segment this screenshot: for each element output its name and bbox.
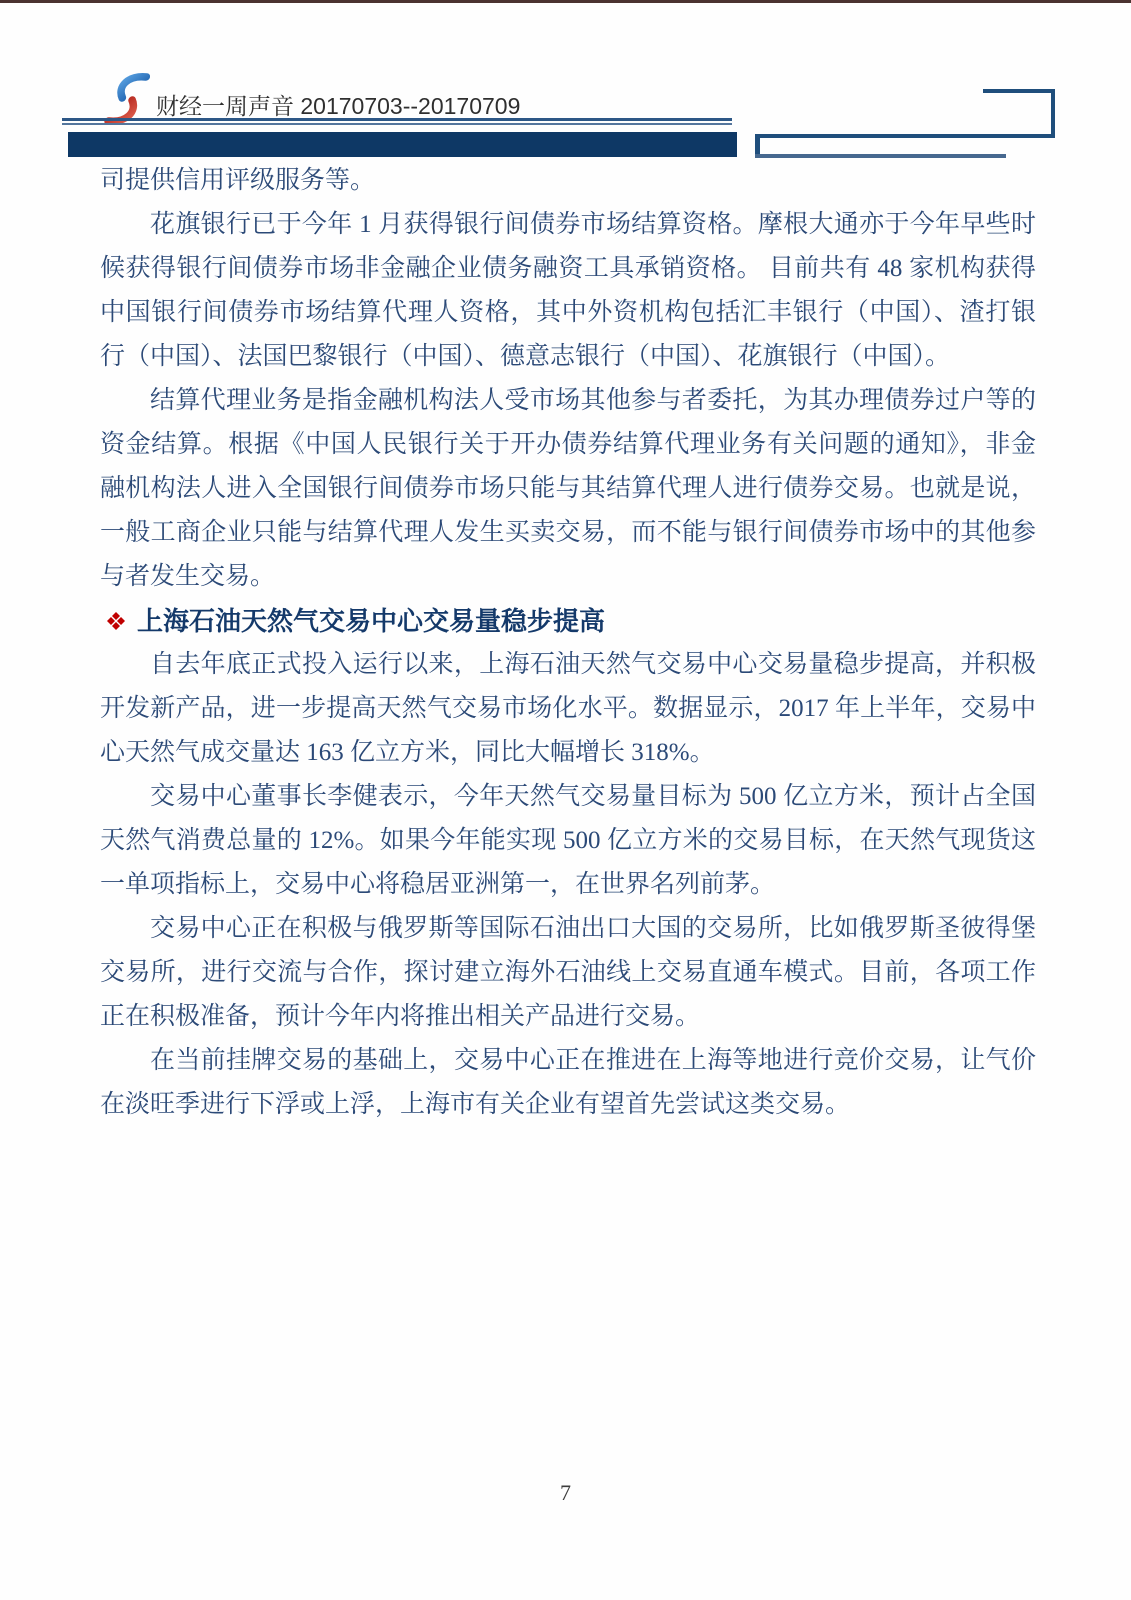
paragraph: 交易中心董事长李健表示，今年天然气交易量目标为 500 亿立方米，预计占全国天然… [100, 775, 1036, 907]
header-navy-bar [68, 132, 737, 157]
paragraph: 司提供信用评级服务等。 [100, 159, 1036, 203]
paragraph: 交易中心正在积极与俄罗斯等国际石油出口大国的交易所，比如俄罗斯圣彼得堡交易所，进… [100, 907, 1036, 1039]
page-number: 7 [560, 1480, 571, 1505]
paragraph: 花旗银行已于今年 1 月获得银行间债券市场结算资格。摩根大通亦于今年早些时候获得… [100, 203, 1036, 379]
header-deco-line-mid [755, 134, 1055, 138]
section-heading: 上海石油天然气交易中心交易量稳步提高 [100, 599, 1036, 643]
page-top-border [0, 0, 1131, 3]
header-deco-bracket-top [983, 89, 1055, 93]
paragraph: 自去年底正式投入运行以来，上海石油天然气交易中心交易量稳步提高，并积极开发新产品… [100, 643, 1036, 775]
header-rule-top [62, 118, 732, 121]
header-deco-line-bottom [755, 154, 1006, 158]
section-heading-text: 上海石油天然气交易中心交易量稳步提高 [137, 606, 605, 636]
header-rule-bottom [62, 123, 732, 125]
header-deco-bracket-right [1051, 89, 1055, 138]
paragraph: 在当前挂牌交易的基础上，交易中心正在推进在上海等地进行竞价交易，让气价在淡旺季进… [100, 1039, 1036, 1127]
page-footer: 7 [0, 1480, 1131, 1506]
document-page: 财经一周声音 20170703--20170709 司提供信用评级服务等。 花旗… [0, 0, 1131, 1600]
header-title: 财经一周声音 20170703--20170709 [156, 88, 520, 121]
paragraph: 结算代理业务是指金融机构法人受市场其他参与者委托，为其办理债券过户等的资金结算。… [100, 379, 1036, 599]
diamond-bullet-icon [106, 611, 126, 631]
article-body: 司提供信用评级服务等。 花旗银行已于今年 1 月获得银行间债券市场结算资格。摩根… [100, 159, 1036, 1127]
